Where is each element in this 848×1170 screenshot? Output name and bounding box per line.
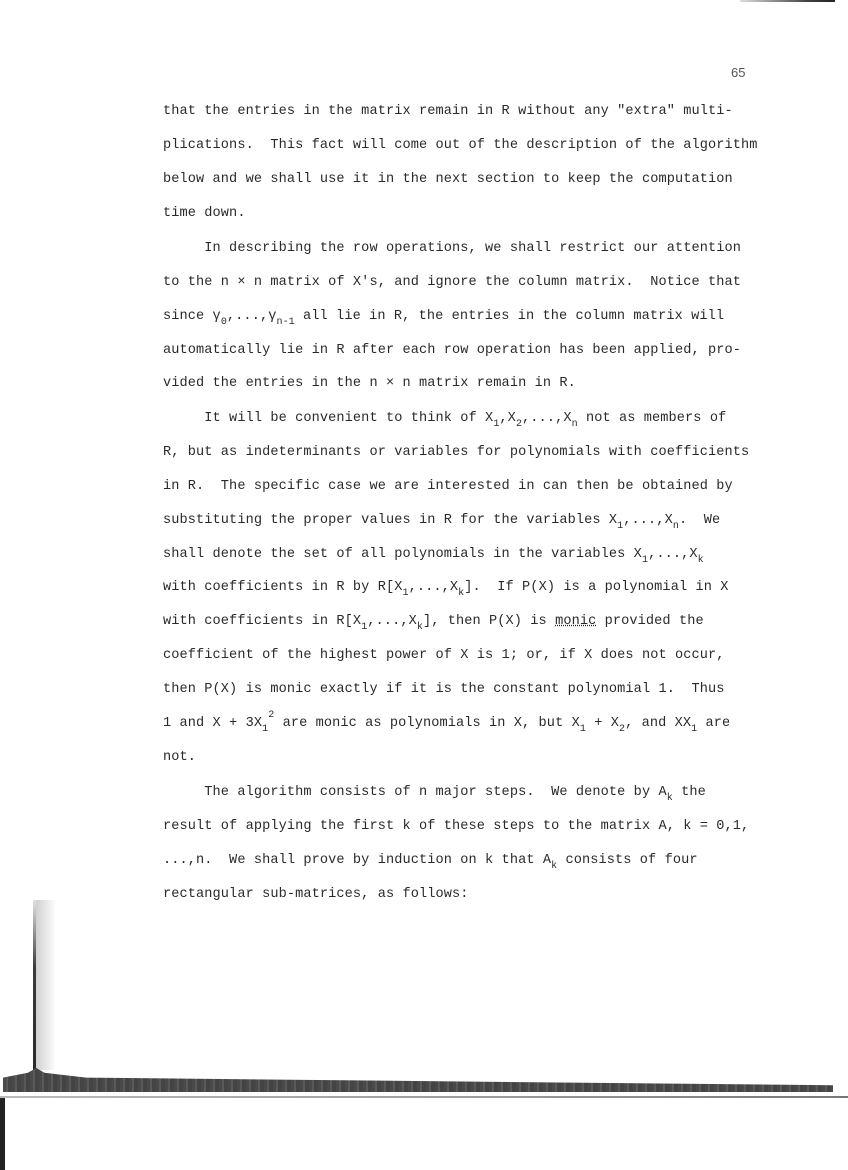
text-line: time down.	[163, 206, 246, 221]
text-segment: The algorithm consists of n major steps.…	[163, 785, 667, 800]
text-segment: It will be convenient to think of X	[163, 411, 493, 426]
text-line-with-math: It will be convenient to think of X1,X2,…	[163, 411, 726, 426]
subscript: n-1	[276, 317, 294, 328]
text-segment: ,...,X	[623, 513, 673, 528]
text-segment: ,X	[499, 411, 516, 426]
text-line-with-math: ...,n. We shall prove by induction on k …	[163, 853, 698, 868]
text-line: plications. This fact will come out of t…	[163, 138, 758, 153]
text-line: R, but as indeterminants or variables fo…	[163, 445, 749, 460]
text-segment: ,...,X	[409, 580, 459, 595]
text-line-with-math: 1 and X + 3X12 are monic as polynomials …	[163, 716, 730, 731]
text-line: automatically lie in R after each row op…	[163, 343, 741, 358]
page-number: 65	[731, 65, 745, 80]
text-segment: ...,n. We shall prove by induction on k …	[163, 853, 551, 868]
text-line: that the entries in the matrix remain in…	[163, 104, 733, 119]
scan-bottom-shadow	[3, 1068, 833, 1092]
text-segment: consists of four	[557, 853, 697, 868]
text-segment: ]. If P(X) is a polynomial in X	[464, 580, 728, 595]
scan-edge-smudge	[740, 0, 835, 2]
text-line: vided the entries in the n × n matrix re…	[163, 376, 576, 391]
text-line: result of applying the first k of these …	[163, 819, 749, 834]
text-line: in R. The specific case we are intereste…	[163, 479, 733, 494]
text-segment: since γ	[163, 309, 221, 324]
text-line: coefficient of the highest power of X is…	[163, 648, 725, 663]
text-segment: ,...,X	[648, 547, 698, 562]
text-segment: all lie in R, the entries in the column …	[295, 309, 724, 324]
text-segment: ], then P(X) is	[423, 614, 555, 629]
text-segment: . We	[679, 513, 720, 528]
text-segment: with coefficients in R[X	[163, 614, 361, 629]
text-line-with-math: with coefficients in R by R[X1,...,Xk]. …	[163, 580, 729, 595]
text-line: to the n × n matrix of X's, and ignore t…	[163, 275, 741, 290]
text-segment: are	[697, 716, 730, 731]
text-segment: , and XX	[625, 716, 691, 731]
text-line: below and we shall use it in the next se…	[163, 172, 733, 187]
text-line-with-math: substituting the proper values in R for …	[163, 513, 720, 528]
text-line: then P(X) is monic exactly if it is the …	[163, 682, 725, 697]
text-segment: provided the	[596, 614, 703, 629]
text-line: rectangular sub-matrices, as follows:	[163, 887, 469, 902]
text-line: In describing the row operations, we sha…	[163, 241, 741, 256]
text-segment: ,...,X	[522, 411, 572, 426]
text-segment: + X	[586, 716, 619, 731]
text-segment: substituting the proper values in R for …	[163, 513, 617, 528]
subscript: k	[698, 555, 704, 566]
text-segment: shall denote the set of all polynomials …	[163, 547, 642, 562]
binding-spine	[33, 900, 36, 1070]
text-segment: are monic as polynomials in X, but X	[274, 716, 580, 731]
text-line-with-math: shall denote the set of all polynomials …	[163, 547, 704, 562]
text-line-with-math: The algorithm consists of n major steps.…	[163, 785, 706, 800]
text-segment: ,...,γ	[227, 309, 277, 324]
text-line-with-math: since γ0,...,γn-1 all lie in R, the entr…	[163, 309, 724, 324]
text-segment: the	[673, 785, 706, 800]
text-segment: not as members of	[578, 411, 727, 426]
binding-shadow	[36, 900, 56, 1070]
underlined-term-monic: monic	[555, 614, 596, 629]
scan-left-edge	[0, 1098, 5, 1170]
text-line: not.	[163, 750, 196, 765]
text-segment: ,...,X	[367, 614, 417, 629]
text-line-with-math: with coefficients in R[X1,...,Xk], then …	[163, 614, 704, 629]
subscript: 1	[262, 724, 268, 735]
text-segment: 1 and X + 3X	[163, 716, 262, 731]
scan-edge-line	[0, 1096, 848, 1098]
text-segment: with coefficients in R by R[X	[163, 580, 402, 595]
